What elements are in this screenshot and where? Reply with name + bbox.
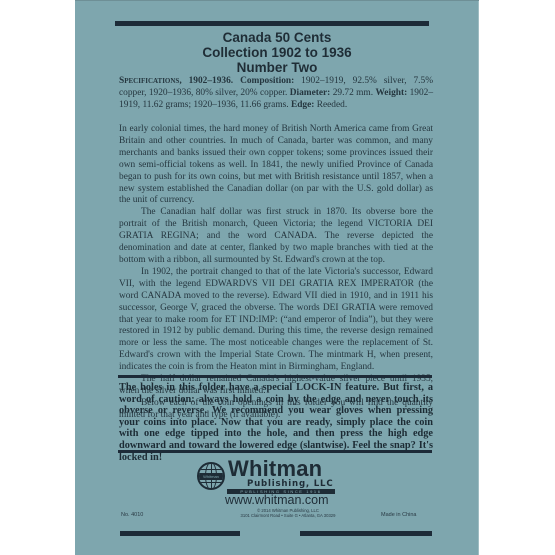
page-title: Canada 50 Cents Collection 1902 to 1936 …: [75, 30, 479, 75]
publisher-subname: Publishing, LLC: [247, 480, 333, 489]
title-line-3: Number Two: [75, 60, 479, 75]
publisher-name: Whitman: [228, 458, 322, 480]
weight-label: Weight:: [375, 88, 407, 98]
title-line-1: Canada 50 Cents: [75, 30, 479, 45]
edge-label: Edge:: [291, 100, 314, 110]
diameter-value: 29.72 mm.: [333, 88, 373, 98]
publisher-logo: Whitman Whitman Publishing, LLC PUBLISHI…: [195, 458, 365, 518]
origin-label: Made in China: [381, 512, 416, 518]
specifications-lead: Specifications, 1902–1936.: [119, 76, 233, 86]
publisher-address: 3101 Clairmont Road • Suite G • Atlanta,…: [195, 513, 365, 518]
top-rule: [115, 21, 429, 26]
publisher-website: www.whitman.com: [195, 494, 365, 507]
catalog-number: No. 4010: [121, 512, 143, 518]
footer-rule-right: [300, 531, 432, 536]
composition-label: Composition:: [240, 76, 294, 86]
edge-value: Reeded.: [317, 100, 347, 110]
title-line-2: Collection 1902 to 1936: [75, 45, 479, 60]
specifications-paragraph: Specifications, 1902–1936. Composition: …: [119, 76, 433, 112]
section-rule: [118, 375, 432, 378]
globe-icon: Whitman: [197, 462, 225, 490]
history-paragraph: The Canadian half dollar was first struc…: [119, 207, 433, 267]
footer-rule-left: [120, 531, 240, 536]
history-paragraph: In early colonial times, the hard money …: [119, 124, 433, 207]
folder-back-page: Canada 50 Cents Collection 1902 to 1936 …: [75, 0, 479, 555]
diameter-label: Diameter:: [290, 88, 331, 98]
history-paragraph: In 1902, the portrait changed to that of…: [119, 267, 433, 374]
section-rule: [118, 450, 432, 453]
globe-banner: Whitman: [197, 473, 225, 480]
